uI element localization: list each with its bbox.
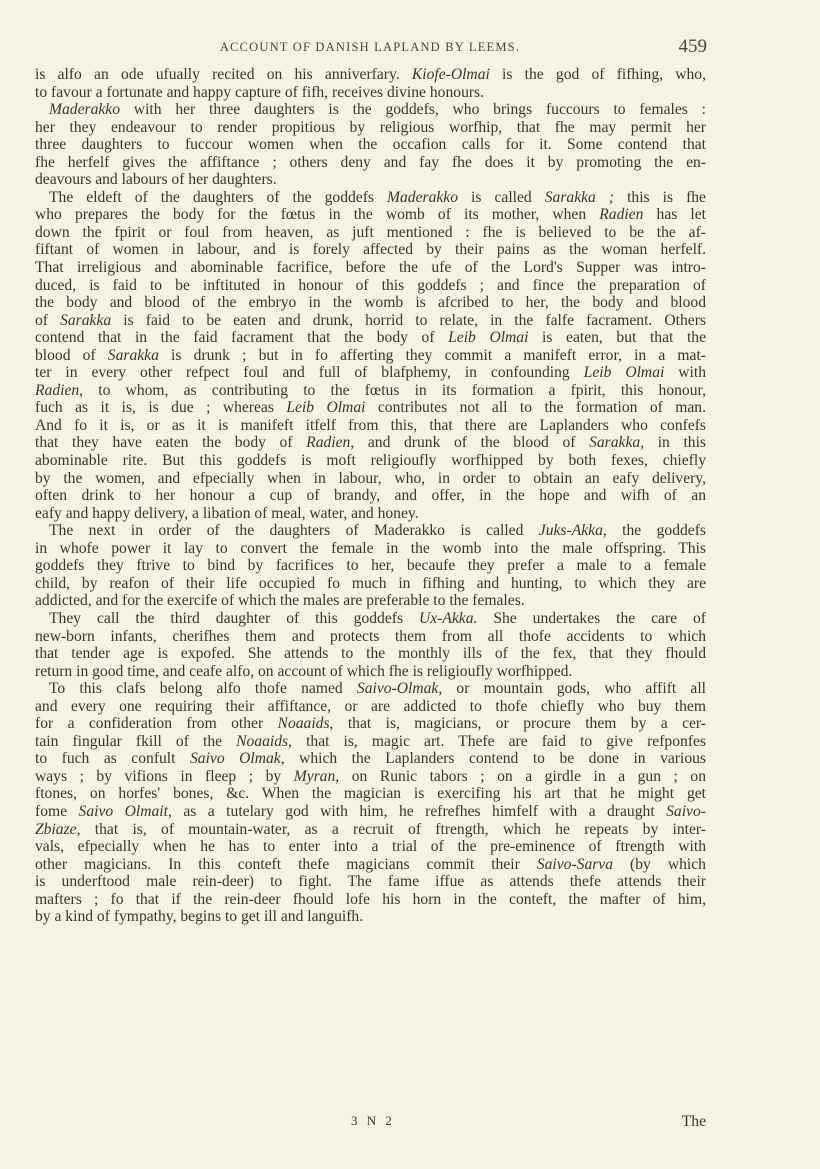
text-line: is alfo an ode ufually recited on his an… xyxy=(35,66,706,84)
text-run: deavours and labours of her daughters. xyxy=(35,171,277,188)
text-line: fhe herfelf gives the affiftance ; other… xyxy=(35,154,706,172)
italic-term: Maderakko xyxy=(387,189,458,206)
text-run: is called xyxy=(458,189,545,206)
text-run: contributes not all to the formation of … xyxy=(365,399,706,416)
text-line: return in good time, and ceafe alfo, on … xyxy=(35,663,706,681)
italic-term: Myran xyxy=(294,768,336,785)
text-line: fuch as it is, is due ; whereas Leib Olm… xyxy=(35,399,706,417)
text-run: often drink to her honour a cup of brand… xyxy=(35,487,706,504)
text-run: has let xyxy=(643,206,706,223)
text-line: To this clafs belong alfo thofe named Sa… xyxy=(35,680,706,698)
text-line: by a kind of fympathy, begins to get ill… xyxy=(35,908,706,926)
text-run: , to whom, as contributing to the fœtus … xyxy=(79,382,706,399)
text-line: They call the third daughter of this god… xyxy=(35,610,706,628)
text-line: who prepares the body for the fœtus in t… xyxy=(35,206,706,224)
running-head: ACCOUNT OF DANISH LAPLAND BY LEEMS. 459 xyxy=(35,38,705,58)
text-line: fiftant of women in labour, and is forel… xyxy=(35,241,706,259)
text-line: eafy and happy delivery, a libation of m… xyxy=(35,505,706,523)
italic-term: Ux-Akka. xyxy=(419,610,477,627)
text-run: That irreligious and abominable facrific… xyxy=(35,259,706,276)
text-line: the body and blood of the embryo in the … xyxy=(35,294,706,312)
text-run: is faid to be eaten and drunk, horrid to… xyxy=(111,312,706,329)
italic-term: Noaaids xyxy=(278,715,330,732)
text-run: other magicians. In this conteft thefe m… xyxy=(35,856,537,873)
text-run: the body and blood of the embryo in the … xyxy=(35,294,706,311)
text-run: fome xyxy=(35,803,79,820)
text-run: for a confideration from other xyxy=(35,715,278,732)
text-line: blood of Sarakka is drunk ; but in fo af… xyxy=(35,347,706,365)
text-run: that they have eaten the body of xyxy=(35,434,306,451)
book-page: ACCOUNT OF DANISH LAPLAND BY LEEMS. 459 … xyxy=(0,0,820,1169)
text-run: , that is, of mountain-water, as a recru… xyxy=(77,821,706,838)
italic-term: Maderakko xyxy=(49,101,120,118)
italic-term: Radien xyxy=(599,206,643,223)
text-run: who prepares the body for the fœtus in t… xyxy=(35,206,599,223)
text-line: addicted, and for the exercife of which … xyxy=(35,592,706,610)
italic-term: Kiofe-Olmai xyxy=(412,66,490,83)
text-line: is underftood male rein-deer) to fight. … xyxy=(35,873,706,891)
italic-term: Sarakka xyxy=(589,434,640,451)
text-line: by the women, and efpecially when in lab… xyxy=(35,470,706,488)
text-line: mafters ; fo that if the rein-deer fhoul… xyxy=(35,891,706,909)
text-line: abominable rite. But this goddefs is mof… xyxy=(35,452,706,470)
text-run: abominable rite. But this goddefs is mof… xyxy=(35,452,706,469)
text-line: her they endeavour to render propitious … xyxy=(35,119,706,137)
text-run: by a kind of fympathy, begins to get ill… xyxy=(35,908,363,925)
italic-term: Sarakka ; xyxy=(545,189,614,206)
text-run: The next in order of the daughters of Ma… xyxy=(49,522,539,539)
text-run: to favour a fortunate and happy capture … xyxy=(35,84,484,101)
text-line: ter in every other refpect foul and full… xyxy=(35,364,706,382)
text-run: three daughters to fuccour women when th… xyxy=(35,136,706,153)
text-line: Zbiaze, that is, of mountain-water, as a… xyxy=(35,821,706,839)
text-run: is alfo an ode ufually recited on his an… xyxy=(35,66,412,83)
text-run: , that is, magicians, or procure them by… xyxy=(330,715,706,732)
text-line: The eldeft of the daughters of the godde… xyxy=(35,189,706,207)
text-run: , in this xyxy=(640,434,706,451)
text-run: ftones, on horfes' bones, &c. When the m… xyxy=(35,785,706,802)
text-run: They call the third daughter of this god… xyxy=(49,610,419,627)
text-line: The next in order of the daughters of Ma… xyxy=(35,522,706,540)
running-title: ACCOUNT OF DANISH LAPLAND BY LEEMS. xyxy=(35,40,705,55)
text-run: (by which xyxy=(613,856,706,873)
text-run: is drunk ; but in fo afferting they comm… xyxy=(159,347,706,364)
text-line: for a confideration from other Noaaids, … xyxy=(35,715,706,733)
text-run: , as a tutelary god with him, he refrefh… xyxy=(168,803,666,820)
page-number: 459 xyxy=(679,36,708,58)
italic-term: Radien xyxy=(306,434,350,451)
text-line: vals, efpecially when he has to enter in… xyxy=(35,838,706,856)
text-line: of Sarakka is faid to be eaten and drunk… xyxy=(35,312,706,330)
text-run: down the fpirit or foul from heaven, as … xyxy=(35,224,706,241)
text-run: blood of xyxy=(35,347,108,364)
text-run: , which the Laplanders contend to be don… xyxy=(281,750,706,767)
italic-term: Saivo-Sarva xyxy=(537,856,613,873)
text-run: And fo it is, or as it is manifeft itfel… xyxy=(35,417,706,434)
text-run: eafy and happy delivery, a libation of m… xyxy=(35,505,419,522)
text-run: this is fhe xyxy=(614,189,706,206)
signature-mark: 3 N 2 xyxy=(351,1113,395,1129)
text-run: fhe herfelf gives the affiftance ; other… xyxy=(35,154,706,171)
text-run: duced, is faid to be inftituted in honou… xyxy=(35,277,706,294)
italic-term: Sarakka xyxy=(108,347,159,364)
text-run: is eaten, but that the xyxy=(528,329,706,346)
text-run: addicted, and for the exercife of which … xyxy=(35,592,525,609)
italic-term: Saivo- xyxy=(666,803,706,820)
text-run: vals, efpecially when he has to enter in… xyxy=(35,838,706,855)
italic-term: Noaaids xyxy=(236,733,288,750)
text-run: with xyxy=(664,364,706,381)
text-run: with her three daughters is the goddefs,… xyxy=(120,101,706,118)
italic-term: Saivo-Olmak xyxy=(357,680,438,697)
text-line: duced, is faid to be inftituted in honou… xyxy=(35,277,706,295)
text-line: three daughters to fuccour women when th… xyxy=(35,136,706,154)
italic-term: Saivo Olmak xyxy=(190,750,281,767)
text-run: fiftant of women in labour, and is forel… xyxy=(35,241,706,258)
text-run: return in good time, and ceafe alfo, on … xyxy=(35,663,572,680)
text-run: mafters ; fo that if the rein-deer fhoul… xyxy=(35,891,706,908)
text-line: down the fpirit or foul from heaven, as … xyxy=(35,224,706,242)
text-run: goddefs they ftrive to bind by facrifice… xyxy=(35,557,706,574)
text-line: other magicians. In this conteft thefe m… xyxy=(35,856,706,874)
text-line: child, by reafon of their life occupied … xyxy=(35,575,706,593)
italic-term: Leib Olmai xyxy=(584,364,665,381)
text-run: , the goddefs xyxy=(603,522,706,539)
text-run: is the god of fifhing, who, xyxy=(490,66,706,83)
text-run: fuch as it is, is due ; whereas xyxy=(35,399,286,416)
text-line: Maderakko with her three daughters is th… xyxy=(35,101,706,119)
italic-term: Leib Olmai xyxy=(286,399,365,416)
text-run: that tender age is expofed. She attends … xyxy=(35,645,706,662)
italic-term: Zbiaze xyxy=(35,821,77,838)
italic-term: Saivo Olmait xyxy=(79,803,168,820)
text-line: that tender age is expofed. She attends … xyxy=(35,645,706,663)
text-run: ter in every other refpect foul and full… xyxy=(35,364,584,381)
text-run: and every one requiring their affiftance… xyxy=(35,698,706,715)
italic-term: Sarakka xyxy=(60,312,111,329)
text-line: and every one requiring their affiftance… xyxy=(35,698,706,716)
text-line: contend that in the faid facrament that … xyxy=(35,329,706,347)
text-run: new-born infants, cherifhes them and pro… xyxy=(35,628,706,645)
text-line: fome Saivo Olmait, as a tutelary god wit… xyxy=(35,803,706,821)
text-run: of xyxy=(35,312,60,329)
text-run: She undertakes the care of xyxy=(477,610,706,627)
text-line: goddefs they ftrive to bind by facrifice… xyxy=(35,557,706,575)
text-run: by the women, and efpecially when in lab… xyxy=(35,470,706,487)
text-line: to fuch as confult Saivo Olmak, which th… xyxy=(35,750,706,768)
text-run: her they endeavour to render propitious … xyxy=(35,119,706,136)
italic-term: Leib Olmai xyxy=(448,329,528,346)
text-line: Radien, to whom, as contributing to the … xyxy=(35,382,706,400)
text-run: child, by reafon of their life occupied … xyxy=(35,575,706,592)
body-text: is alfo an ode ufually recited on his an… xyxy=(35,66,706,926)
text-run: The eldeft of the daughters of the godde… xyxy=(49,189,387,206)
text-line: tain fingular fkill of the Noaaids, that… xyxy=(35,733,706,751)
text-line: in whofe power it lay to convert the fem… xyxy=(35,540,706,558)
text-run: To this clafs belong alfo thofe named xyxy=(49,680,357,697)
text-run: tain fingular fkill of the xyxy=(35,733,236,750)
text-line: that they have eaten the body of Radien,… xyxy=(35,434,706,452)
text-run: , on Runic tabors ; on a girdle in a gun… xyxy=(335,768,706,785)
text-run: , or mountain gods, who affift all xyxy=(438,680,706,697)
text-run: , and drunk of the blood of xyxy=(350,434,589,451)
text-run: in whofe power it lay to convert the fem… xyxy=(35,540,706,557)
text-line: And fo it is, or as it is manifeft itfel… xyxy=(35,417,706,435)
text-line: That irreligious and abominable facrific… xyxy=(35,259,706,277)
text-run: , that is, magic art. Thefe are faid to … xyxy=(288,733,706,750)
catchword: The xyxy=(682,1113,706,1131)
italic-term: Juks-Akka xyxy=(539,522,603,539)
text-run: ways ; by vifions in fleep ; by xyxy=(35,768,294,785)
text-run: to fuch as confult xyxy=(35,750,190,767)
text-line: often drink to her honour a cup of brand… xyxy=(35,487,706,505)
text-line: to favour a fortunate and happy capture … xyxy=(35,84,706,102)
italic-term: Radien xyxy=(35,382,79,399)
text-line: deavours and labours of her daughters. xyxy=(35,171,706,189)
text-line: new-born infants, cherifhes them and pro… xyxy=(35,628,706,646)
text-run: is underftood male rein-deer) to fight. … xyxy=(35,873,706,890)
page-footer: 3 N 2 The xyxy=(35,1113,706,1133)
text-line: ways ; by vifions in fleep ; by Myran, o… xyxy=(35,768,706,786)
text-run: contend that in the faid facrament that … xyxy=(35,329,448,346)
text-line: ftones, on horfes' bones, &c. When the m… xyxy=(35,785,706,803)
